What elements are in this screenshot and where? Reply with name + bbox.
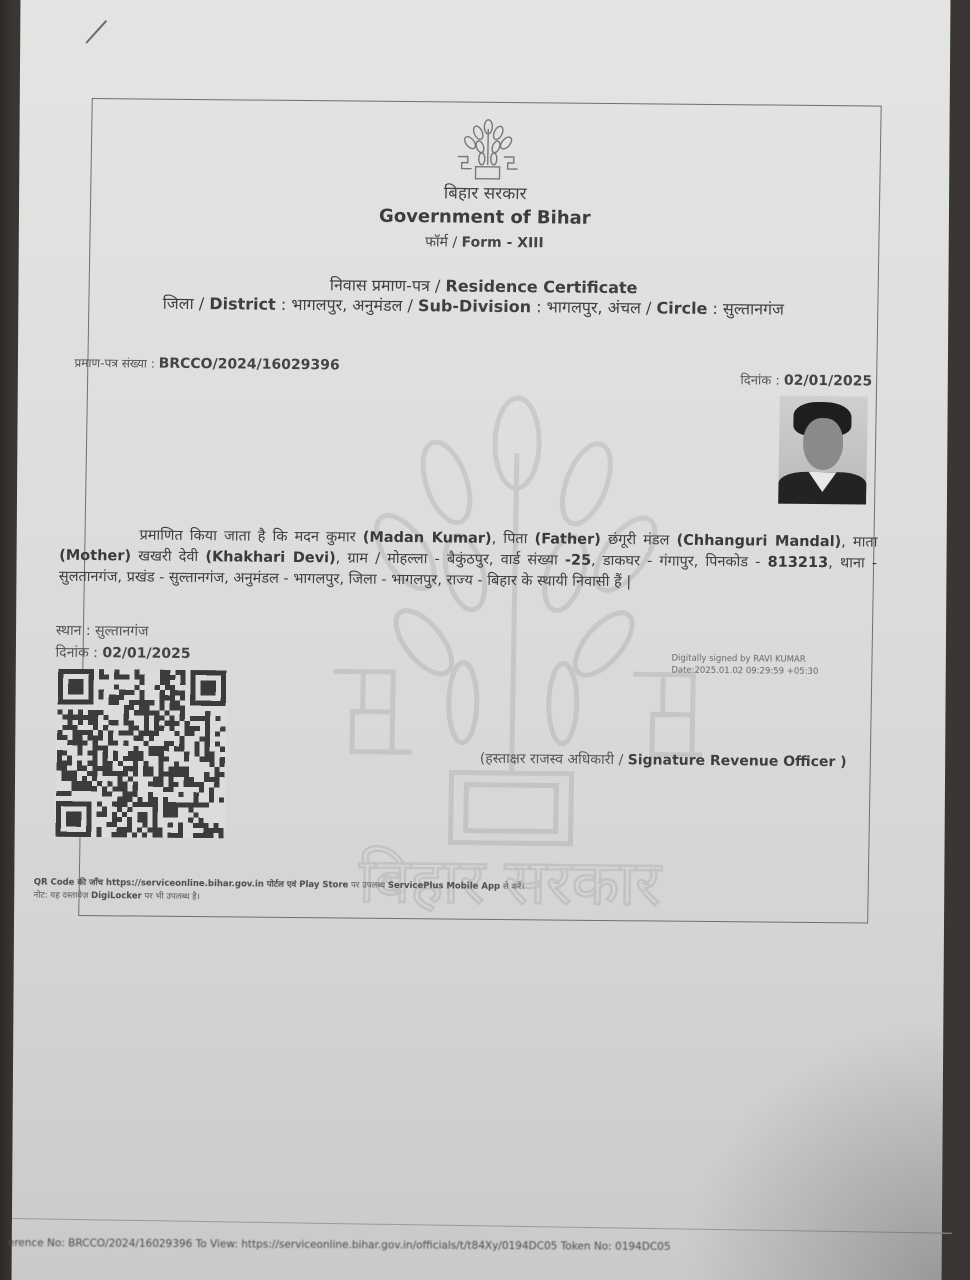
- photo-face: [803, 418, 844, 470]
- digital-signature-date: Date:2025.01.02 09:29:59 +05:30: [671, 665, 818, 678]
- certificate-number: प्रमाण-पत्र संख्या : BRCCO/2024/16029396: [74, 354, 340, 374]
- header-hindi-title: बिहार सरकार: [91, 177, 879, 208]
- header-english-title: Government of Bihar: [91, 203, 879, 232]
- bihar-emblem-icon: [451, 118, 524, 185]
- certificate-border: बिहार सरकार बिहार सरकार Government of B: [78, 98, 881, 924]
- applicant-photo: [778, 396, 868, 505]
- digital-signature: Digitally signed by RAVI KUMAR Date:2025…: [671, 653, 818, 678]
- place-of-issue: स्थान : सुल्तानगंज: [56, 621, 149, 641]
- footer-divider: [12, 1218, 952, 1234]
- signature-label: (हस्ताक्षर राजस्व अधिकारी / Signature Re…: [480, 749, 847, 772]
- form-number: फॉर्म / Form - XIII: [90, 229, 878, 256]
- issue-date: दिनांक : 02/01/2025: [740, 370, 872, 389]
- certification-statement: प्रमाणित किया जाता है कि मदन कुमार (Mada…: [59, 525, 878, 596]
- qr-code-icon[interactable]: [55, 669, 228, 839]
- watermark-emblem-icon: बिहार सरकार: [319, 391, 708, 915]
- footer-reference: erence No: BRCCO/2024/16029396 To View: …: [8, 1237, 671, 1253]
- paper-sheet: बिहार सरकार बिहार सरकार Government of B: [12, 0, 951, 1280]
- place-date: दिनांक : 02/01/2025: [55, 643, 190, 663]
- pen-mark: [85, 20, 107, 44]
- qr-verification-note: QR Code की जाँच https://serviceonline.bi…: [33, 877, 524, 908]
